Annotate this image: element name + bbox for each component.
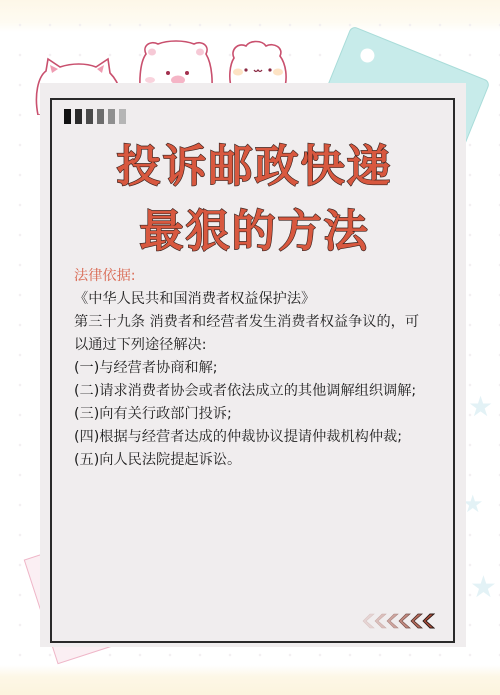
stars-decoration: ★ ★ ★ bbox=[460, 380, 500, 630]
list-item: (四)根据与经营者达成的仲裁协议提请仲裁机构仲裁; bbox=[74, 426, 454, 449]
law-name: 《中华人民共和国消费者权益保护法》 bbox=[74, 288, 454, 311]
legal-basis-text: 法律依据: 《中华人民共和国消费者权益保护法》 第三十九条 消费者和经营者发生消… bbox=[74, 265, 454, 472]
star-icon: ★ bbox=[470, 570, 497, 605]
bar-icon bbox=[108, 109, 115, 124]
bar-icon bbox=[64, 109, 71, 124]
poster-title-line-2: 最狠的方法 bbox=[52, 195, 457, 259]
list-item: (五)向人民法院提起诉讼。 bbox=[74, 449, 454, 472]
chevron-left-icon bbox=[422, 613, 435, 629]
article-line-2: 以通过下列途径解决: bbox=[74, 334, 454, 357]
section-label: 法律依据: bbox=[74, 265, 454, 288]
bar-icon bbox=[97, 109, 104, 124]
bar-icon bbox=[86, 109, 93, 124]
bar-icon bbox=[75, 109, 82, 124]
list-item: (一)与经营者协商和解; bbox=[74, 357, 454, 380]
list-item: (二)请求消费者协会或者依法成立的其他调解组织调解; bbox=[74, 380, 454, 403]
star-icon: ★ bbox=[468, 390, 493, 423]
chevrons-decoration bbox=[363, 613, 435, 629]
gradient-bars-decoration bbox=[64, 109, 126, 124]
poster-title-line-1: 投诉邮政快递 bbox=[52, 130, 457, 194]
poster-card: 投诉邮政快递 最狠的方法 法律依据: 《中华人民共和国消费者权益保护法》 第三十… bbox=[40, 83, 466, 647]
list-item: (三)向有关行政部门投诉; bbox=[74, 403, 454, 426]
bar-icon bbox=[119, 109, 126, 124]
poster-frame: 投诉邮政快递 最狠的方法 法律依据: 《中华人民共和国消费者权益保护法》 第三十… bbox=[50, 98, 455, 643]
card-hole bbox=[358, 46, 376, 64]
bottom-cream-band bbox=[0, 665, 500, 695]
article-line-1: 第三十九条 消费者和经营者发生消费者权益争议的，可 bbox=[74, 311, 454, 334]
